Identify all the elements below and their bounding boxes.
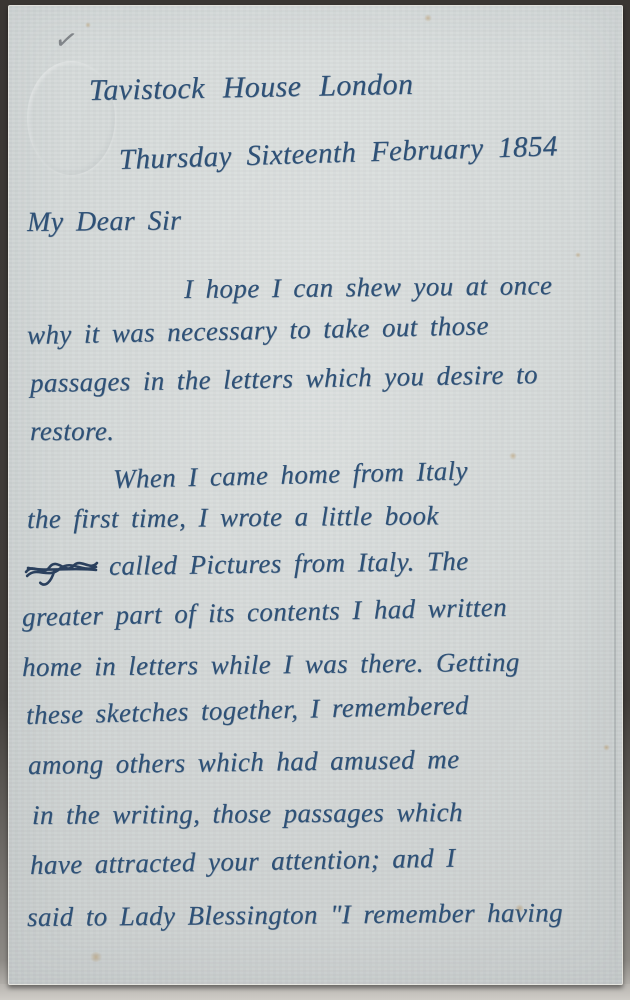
foxing-spot	[89, 952, 103, 962]
letter-line: I hope I can shew you at once	[184, 270, 553, 305]
foxing-spot	[85, 22, 91, 28]
letter-line: have attracted your attention; and I	[30, 843, 456, 881]
foxing-spot	[575, 252, 581, 258]
paper-crease	[614, 6, 616, 984]
foxing-spot	[509, 452, 517, 460]
letter-line: said to Lady Blessington "I remember hav…	[27, 897, 563, 933]
scan-background-bottom	[0, 984, 630, 1000]
pencil-checkmark: ✓	[51, 22, 80, 59]
letter-line: in the writing, those passages which	[32, 797, 463, 831]
foxing-spot	[515, 904, 524, 913]
letter-line: the first time, I wrote a little book	[27, 500, 439, 535]
scratched-out-word	[24, 555, 100, 582]
letter-line: among others which had amused me	[28, 744, 460, 781]
letter-line: passages in the letters which you desire…	[30, 359, 538, 399]
address-line: Tavistock House London	[89, 68, 414, 108]
letter-page: ✓ Tavistock House London Thursday Sixtee…	[8, 5, 623, 985]
date-line: Thursday Sixteenth February 1854	[118, 130, 558, 177]
salutation: My Dear Sir	[27, 205, 182, 239]
letter-line: why it was necessary to take out those	[27, 310, 489, 351]
foxing-spot	[603, 744, 610, 751]
scribble-strokes	[24, 555, 100, 582]
letter-line: restore.	[30, 416, 114, 447]
foxing-spot	[424, 14, 432, 22]
letter-line: When I came home from Italy	[113, 455, 469, 495]
letter-line: these sketches together, I remembered	[26, 690, 469, 731]
scanned-letter: ✓ Tavistock House London Thursday Sixtee…	[0, 0, 630, 1000]
letter-line: greater part of its contents I had writt…	[22, 592, 508, 633]
letter-line: called Pictures from Italy. The	[24, 546, 469, 583]
letter-line-text: called Pictures from Italy. The	[109, 546, 469, 581]
letter-line: home in letters while I was there. Getti…	[22, 647, 520, 683]
